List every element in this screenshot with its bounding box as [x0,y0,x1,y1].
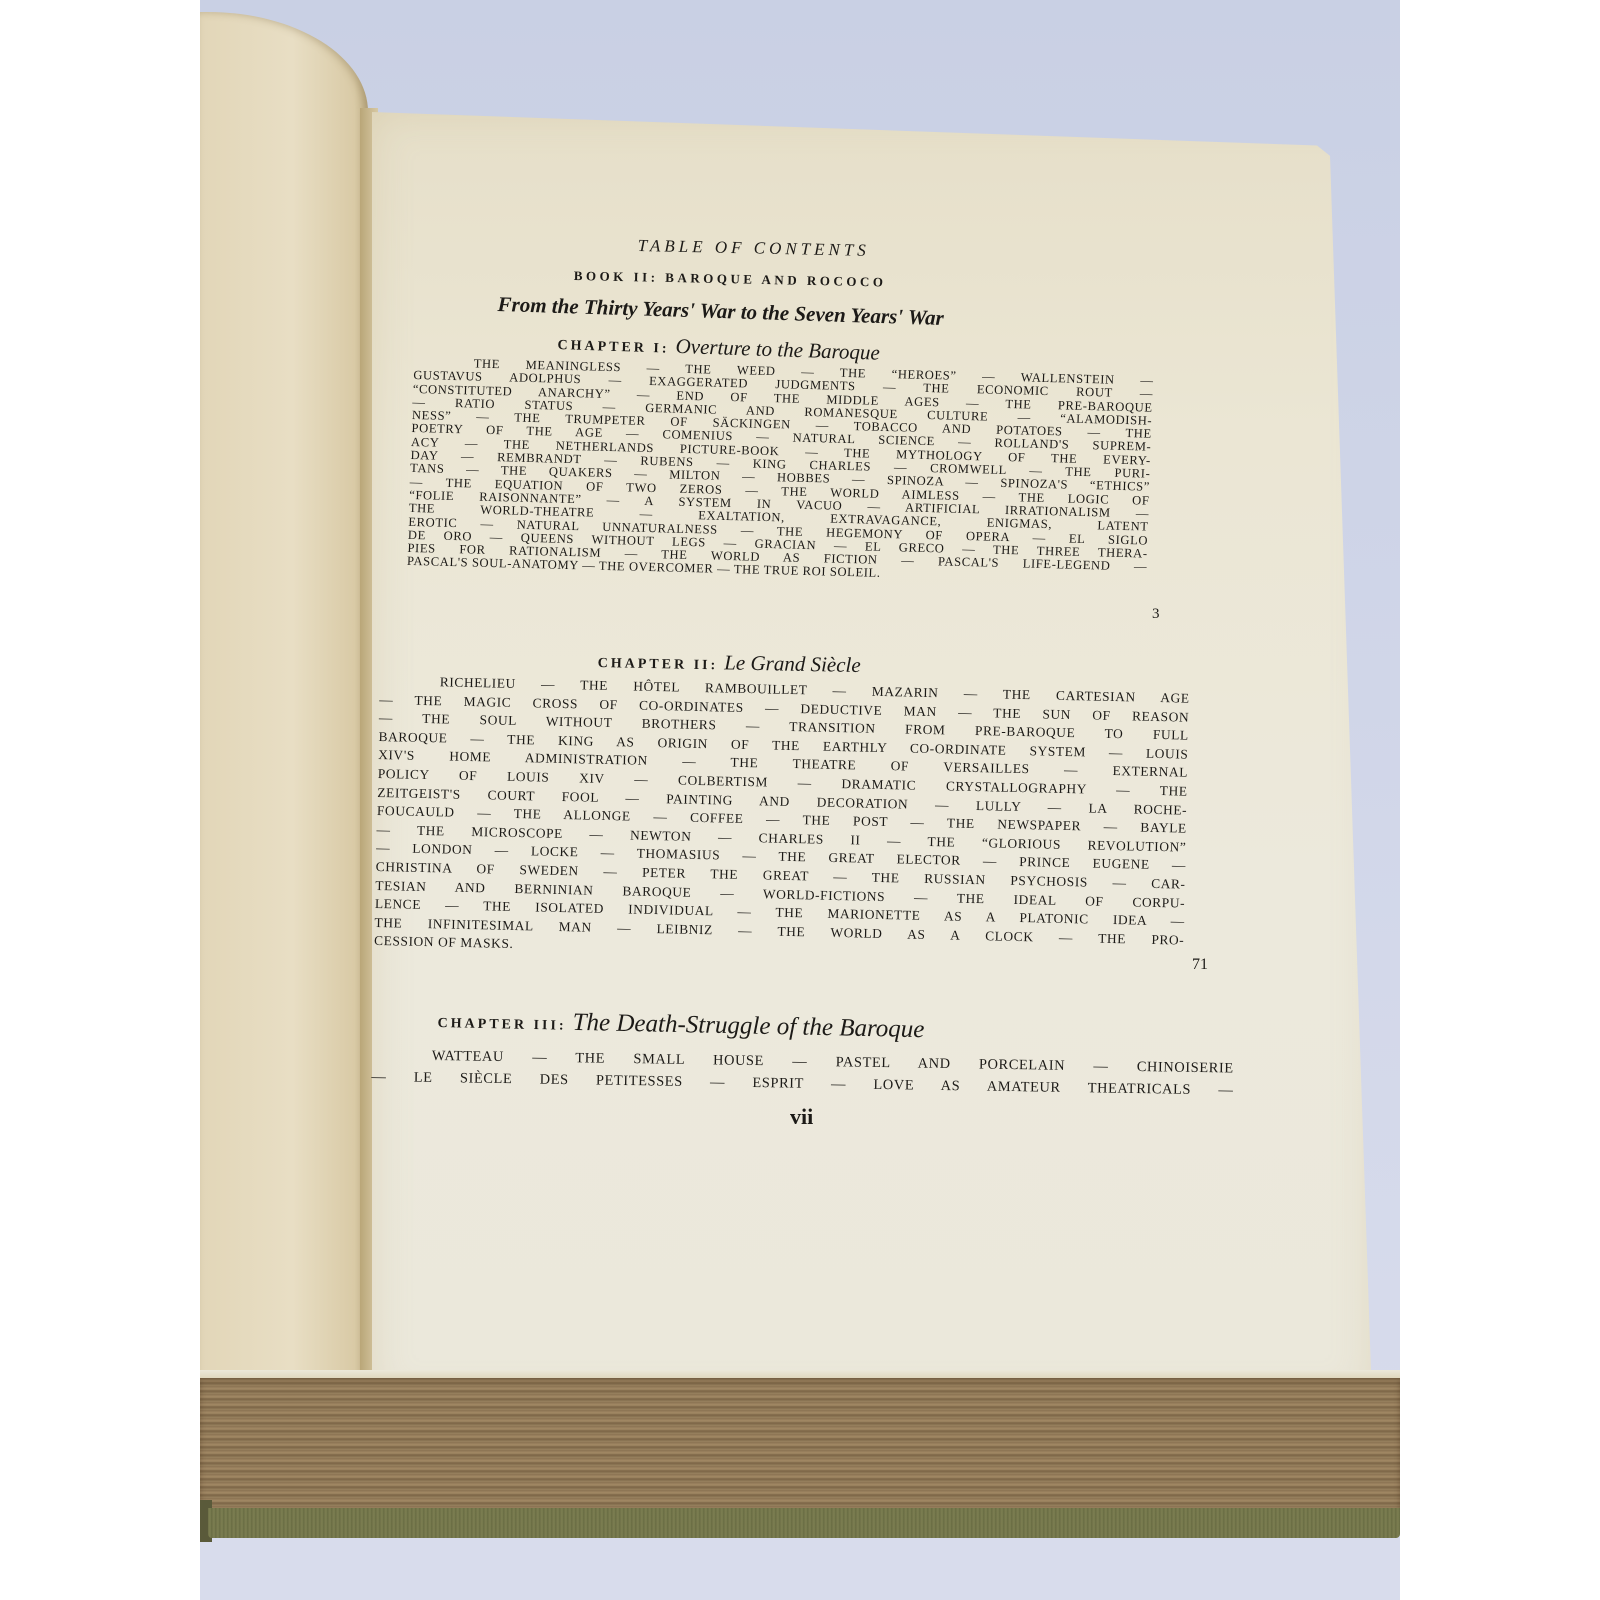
left-page [200,12,368,1412]
chapter-synopsis: RICHELIEU — THE HÔTEL RAMBOUILLET — MAZA… [374,672,1190,969]
page-block-edge [200,1378,1400,1510]
chapter-label: CHAPTER III: [437,1016,566,1034]
book-photo: TABLE OF CONTENTS BOOK II: BAROQUE AND R… [200,0,1400,1600]
chapter-page-number: 71 [1192,956,1208,974]
chapter-heading: CHAPTER II:Le Grand Siècle [598,648,861,678]
chapter-synopsis: THE MEANINGLESS — THE WEED — THE “HEROES… [407,356,1154,587]
chapter-page-number: 3 [1152,606,1160,623]
cloth-cover [208,1508,1400,1538]
chapter-label: CHAPTER II: [598,656,719,673]
page-folio: vii [790,1104,813,1130]
chapter-title: Le Grand Siècle [724,650,861,677]
chapter-label: CHAPTER I: [557,338,669,357]
